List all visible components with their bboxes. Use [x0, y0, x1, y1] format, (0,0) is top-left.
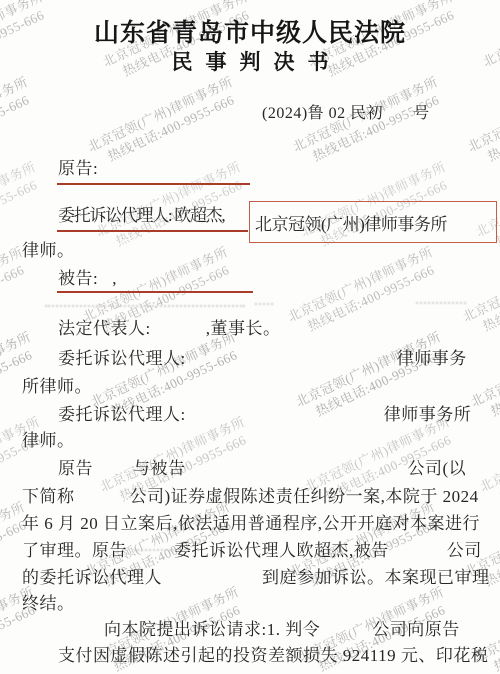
text-line: 下简称公司)证券虚假陈述责任纠纷一案,本院于 2024 — [22, 486, 479, 508]
text-segment: 法定代表人: — [58, 319, 151, 338]
text-line: 了审理。原告委托诉讼代理人欧超杰,被告公司 — [22, 540, 482, 562]
text-segment: 律师事务 — [397, 349, 467, 368]
text-segment: 终结。 — [22, 594, 75, 613]
redacted-blank — [186, 363, 397, 364]
text-segment: 年 6 月 20 日立案后,依法适用普通程序,公开开庭对本案进行 — [22, 514, 480, 533]
text-segment: 律师。 — [22, 241, 75, 260]
document-text-layer: 山东省青岛市中级人民法院 民事判决书 (2024)鲁 02 民初号原告:委托诉讼… — [0, 0, 500, 674]
text-segment: 到庭参加诉讼。本案现已审理 — [262, 568, 490, 587]
text-line: (2024)鲁 02 民初号 — [262, 103, 430, 125]
text-line: 被告:, — [58, 268, 117, 290]
document-type-title: 民事判决书 — [0, 46, 500, 76]
text-segment: , — [112, 269, 117, 288]
text-line: 委托诉讼代理人:律师事务 — [58, 348, 467, 370]
text-line: 向本院提出诉讼请求:1. 判令公司向原告 — [104, 619, 460, 641]
text-line: 委托诉讼代理人: 欧超杰, — [58, 205, 224, 227]
text-line: 法定代表人:,董事长。 — [58, 318, 280, 340]
redacted-blank — [75, 501, 130, 502]
redacted-blank — [127, 555, 174, 556]
text-segment: 公司(以 — [408, 459, 467, 478]
text-line: 年 6 月 20 日立案后,依法适用普通程序,公开开庭对本案进行 — [22, 513, 480, 535]
redacted-blank — [93, 473, 133, 474]
text-segment: 委托诉讼代理人欧超杰,被告 — [174, 541, 389, 560]
redacted-blank — [186, 419, 384, 420]
text-segment: 原告 — [58, 459, 93, 478]
text-segment: 了审理。原告 — [22, 541, 127, 560]
text-line: 委托诉讼代理人:律师事务所 — [58, 404, 471, 426]
text-line: 所律师。 — [22, 376, 92, 398]
text-segment: 支付因虚假陈述引起的投资差额损失 924119 元、印花税 — [58, 646, 488, 665]
text-segment: 委托诉讼代理人: — [58, 405, 186, 424]
redacted-blank — [98, 283, 112, 284]
text-segment: 被告: — [58, 269, 98, 288]
redacted-blank — [383, 117, 413, 118]
text-segment: 律师事务所 — [384, 405, 472, 424]
text-segment: 律师。 — [22, 431, 75, 450]
text-segment: 下简称 — [22, 487, 75, 506]
judgment-document-page: 北京冠领(广州)律师事务所热线电话:400-9955-666北京冠领(广州)律师… — [0, 0, 500, 674]
text-segment: 公司向原告 — [372, 620, 460, 639]
text-segment: 的委托诉讼代理人 — [22, 568, 162, 587]
text-segment: 向本院提出诉讼请求:1. 判令 — [104, 620, 320, 639]
court-name: 山东省青岛市中级人民法院 — [0, 13, 500, 49]
redacted-blank — [151, 333, 206, 334]
redacted-blank — [186, 473, 408, 474]
text-line: 原告与被告公司(以 — [58, 458, 466, 480]
text-line: 支付因虚假陈述引起的投资差额损失 924119 元、印花税 — [58, 645, 488, 667]
text-segment: 原告: — [58, 159, 98, 178]
text-segment: ,董事长。 — [206, 319, 281, 338]
text-line: 终结。 — [22, 593, 75, 615]
redacted-blank — [162, 582, 262, 583]
text-segment: 公司 — [447, 541, 482, 560]
text-segment: 号 — [413, 105, 430, 122]
text-segment: 委托诉讼代理人: — [58, 349, 186, 368]
text-segment: 所律师。 — [22, 377, 92, 396]
redacted-blank — [320, 634, 372, 635]
text-line: 律师。 — [22, 240, 75, 262]
text-segment: (2024)鲁 02 民初 — [262, 105, 383, 122]
text-segment: 与被告 — [133, 459, 186, 478]
redacted-blank — [389, 555, 447, 556]
text-line: 律师。 — [22, 430, 75, 452]
text-line: 原告: — [58, 158, 98, 180]
text-line: 的委托诉讼代理人到庭参加诉讼。本案现已审理 — [22, 567, 490, 589]
text-segment: 委托诉讼代理人: 欧超杰, — [58, 206, 224, 225]
text-segment: 公司)证券虚假陈述责任纠纷一案,本院于 2024 — [130, 487, 479, 506]
